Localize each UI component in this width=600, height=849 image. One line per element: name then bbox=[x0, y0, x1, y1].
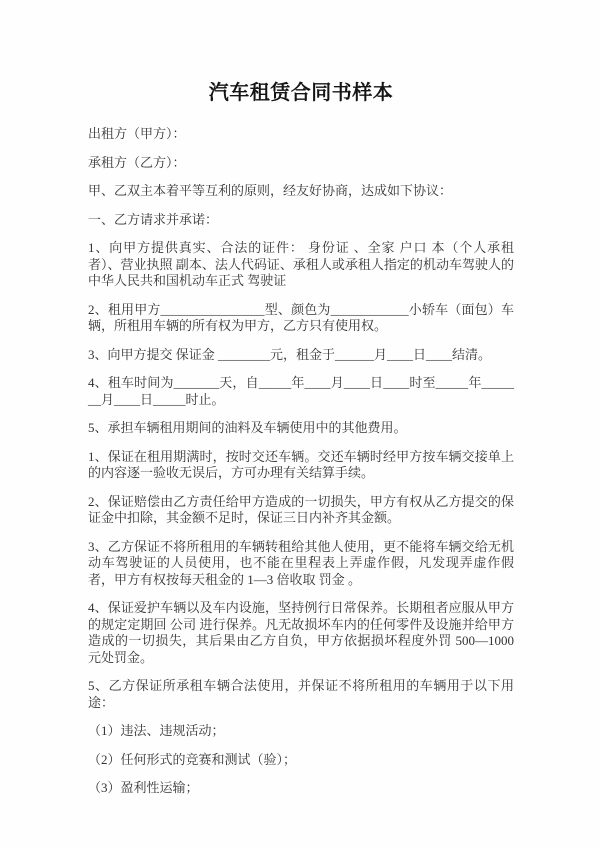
lessor-party-line: 出租方（甲方）： bbox=[88, 126, 514, 143]
lessee-party-line: 承租方（乙方）： bbox=[88, 155, 514, 172]
prohibited-use-forprofit: （3）盈利性运输； bbox=[88, 780, 514, 797]
clause-legal-use: 5、乙方保证所承租车辆合法使用，并保证不将所租用的车辆用于以下用途： bbox=[88, 678, 514, 711]
clause-vehicle-type: 2、租用甲方________________型、颜色为____________小… bbox=[88, 302, 514, 335]
document-title: 汽车租赁合同书样本 bbox=[88, 76, 514, 105]
clause-compensation: 2、保证赔偿由乙方责任给甲方造成的一切损失，甲方有权从乙方提交的保证金中扣除，其… bbox=[88, 494, 514, 527]
clause-return-vehicle: 1、保证在租用期满时，按时交还车辆。交还车辆时经甲方按车辆交接单上的内容逐一验收… bbox=[88, 449, 514, 482]
prohibited-use-illegal: （1）违法、违规活动； bbox=[88, 723, 514, 740]
clause-fuel-costs: 5、承担车辆租用期间的油料及车辆使用中的其他费用。 bbox=[88, 420, 514, 437]
clause-deposit: 3、向甲方提交 保证金 ________元，租金于______月____日___… bbox=[88, 347, 514, 364]
prohibited-use-racing: （2）任何形式的竞赛和测试（验）； bbox=[88, 752, 514, 769]
clause-maintenance: 4、保证爱护车辆以及车内设施，坚持例行日常保养。长期租者应服从甲方的规定定期回 … bbox=[88, 600, 514, 666]
clause-documents: 1、向甲方提供真实、合法的证件： 身份证 、全家 户口 本（个人承租者）、营业执… bbox=[88, 240, 514, 290]
clause-no-sublease: 3、乙方保证不将所租用的车辆转租给其他人使用，更不能将车辆交给无机动车驾驶证的人… bbox=[88, 539, 514, 589]
section-one-heading: 一、乙方请求并承诺： bbox=[88, 212, 514, 229]
contract-content: 汽车租赁合同书样本 出租方（甲方）： 承租方（乙方）： 甲、乙双主本着平等互利的… bbox=[0, 0, 600, 797]
preamble: 甲、乙双主本着平等互利的原则，经友好协商，达成如下协议： bbox=[88, 183, 514, 200]
contract-page: 汽车租赁合同书样本 出租方（甲方）： 承租方（乙方）： 甲、乙双主本着平等互利的… bbox=[0, 0, 600, 849]
clause-rental-period: 4、租车时间为_______天，自_____年____月____日____时至_… bbox=[88, 375, 514, 408]
